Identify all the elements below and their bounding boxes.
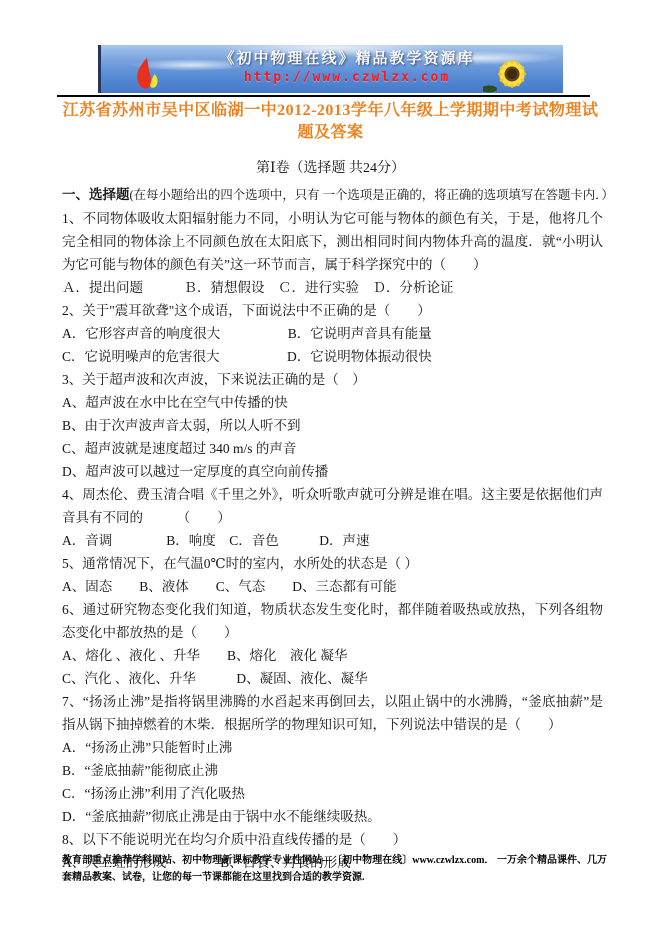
sunflower-icon <box>483 53 541 93</box>
option-line: B、由于次声波声音太弱，所以人听不到 <box>62 414 603 437</box>
option-line: B．“釜底抽薪”能彻底止沸 <box>62 759 603 782</box>
option-line: D．“釜底抽薪”彻底止沸是由于锅中水不能继续吸热。 <box>62 805 603 828</box>
exam-document-page: 《初中物理在线》精品教学资源库 http://www.czwlzx.com <box>0 0 661 936</box>
option-line: A、熔化 、液化 、升华 B、熔化 液化 凝华 <box>62 644 603 667</box>
option-line: C．它说明噪声的危害很大 D．它说明物体振动很快 <box>62 345 603 368</box>
page-title: 江苏省苏州市吴中区临湖一中2012-2013学年八年级上学期期中考试物理试题及答… <box>62 100 599 144</box>
question-list: 一、选择题(在每小题给出的四个选项中，只有 一个选项是正确的，将正确的选项填写在… <box>62 183 603 874</box>
site-banner: 《初中物理在线》精品教学资源库 http://www.czwlzx.com <box>98 45 563 93</box>
banner-text-block: 《初中物理在线》精品教学资源库 http://www.czwlzx.com <box>161 49 533 87</box>
option-line: A、超声波在水中比在空气中传播的快 <box>62 391 603 414</box>
question-stem: 5、通常情况下，在气温0℃时的室内，水所处的状态是（ ） <box>62 552 603 575</box>
option-line: A．音调 B．响度 C．音色 D．声速 <box>62 529 603 552</box>
option-line: C、超声波就是速度超过 340 m/s 的声音 <box>62 437 603 460</box>
question-stem: 8、以下不能说明光在均匀介质中沿直线传播的是（ ） <box>62 828 603 851</box>
intro-text: (在每小题给出的四个选项中，只有 一个选项是正确的，将正确的选项填写在答题卡内．… <box>130 188 614 202</box>
question-stem: 6、通过研究物态变化我们知道，物质状态发生变化时，都伴随着吸热或放热，下列各组物… <box>62 598 603 644</box>
option-line: Ａ．提出问题 Ｂ．猜想假设 Ｃ．进行实验 Ｄ．分析论证 <box>62 276 603 299</box>
flame-logo-icon <box>129 57 163 91</box>
option-line: A．它形容声音的响度很大 B．它说明声音具有能量 <box>62 322 603 345</box>
option-line: C．“扬汤止沸”利用了汽化吸热 <box>62 782 603 805</box>
site-title: 《初中物理在线》精品教学资源库 <box>161 49 533 69</box>
question-stem: 3、关于超声波和次声波，下来说法正确的是（ ） <box>62 368 603 391</box>
section-heading: 第Ⅰ卷（选择题 共24分） <box>62 160 599 178</box>
question-stem: 1、不同物体吸收太阳辐射能力不同，小明认为它可能与物体的颜色有关，于是，他将几个… <box>62 207 603 276</box>
option-line: D、超声波可以越过一定厚度的真空向前传播 <box>62 460 603 483</box>
question-stem: 7、“扬汤止沸”是指将锅里沸腾的水舀起来再倒回去，以阻止锅中的水沸腾，“釜底抽薪… <box>62 690 603 736</box>
footer-note: 教育部重点推荐学科网站、初中物理新课标教学专业性网站---〔初中物理在线〕www… <box>62 852 607 886</box>
option-line: A．“扬汤止沸”只能暂时止沸 <box>62 736 603 759</box>
intro-label: 一、选择题 <box>62 187 130 202</box>
question-stem: 2、关于"震耳欲聋"这个成语，下面说法中不正确的是（ ） <box>62 299 603 322</box>
section-intro: 一、选择题(在每小题给出的四个选项中，只有 一个选项是正确的，将正确的选项填写在… <box>62 183 603 207</box>
option-line: A、固态 B、液体 C、气态 D、三态都有可能 <box>62 575 603 598</box>
option-line: C、汽化 、液化、升华 D、凝固、液化、凝华 <box>62 667 603 690</box>
site-url-link[interactable]: http://www.czwlzx.com <box>161 69 533 87</box>
question-stem: 4、周杰伦、费玉清合唱《千里之外》，听众听歌声就可分辨是谁在唱。这主要是依据他们… <box>62 483 603 529</box>
header-divider <box>57 95 590 97</box>
